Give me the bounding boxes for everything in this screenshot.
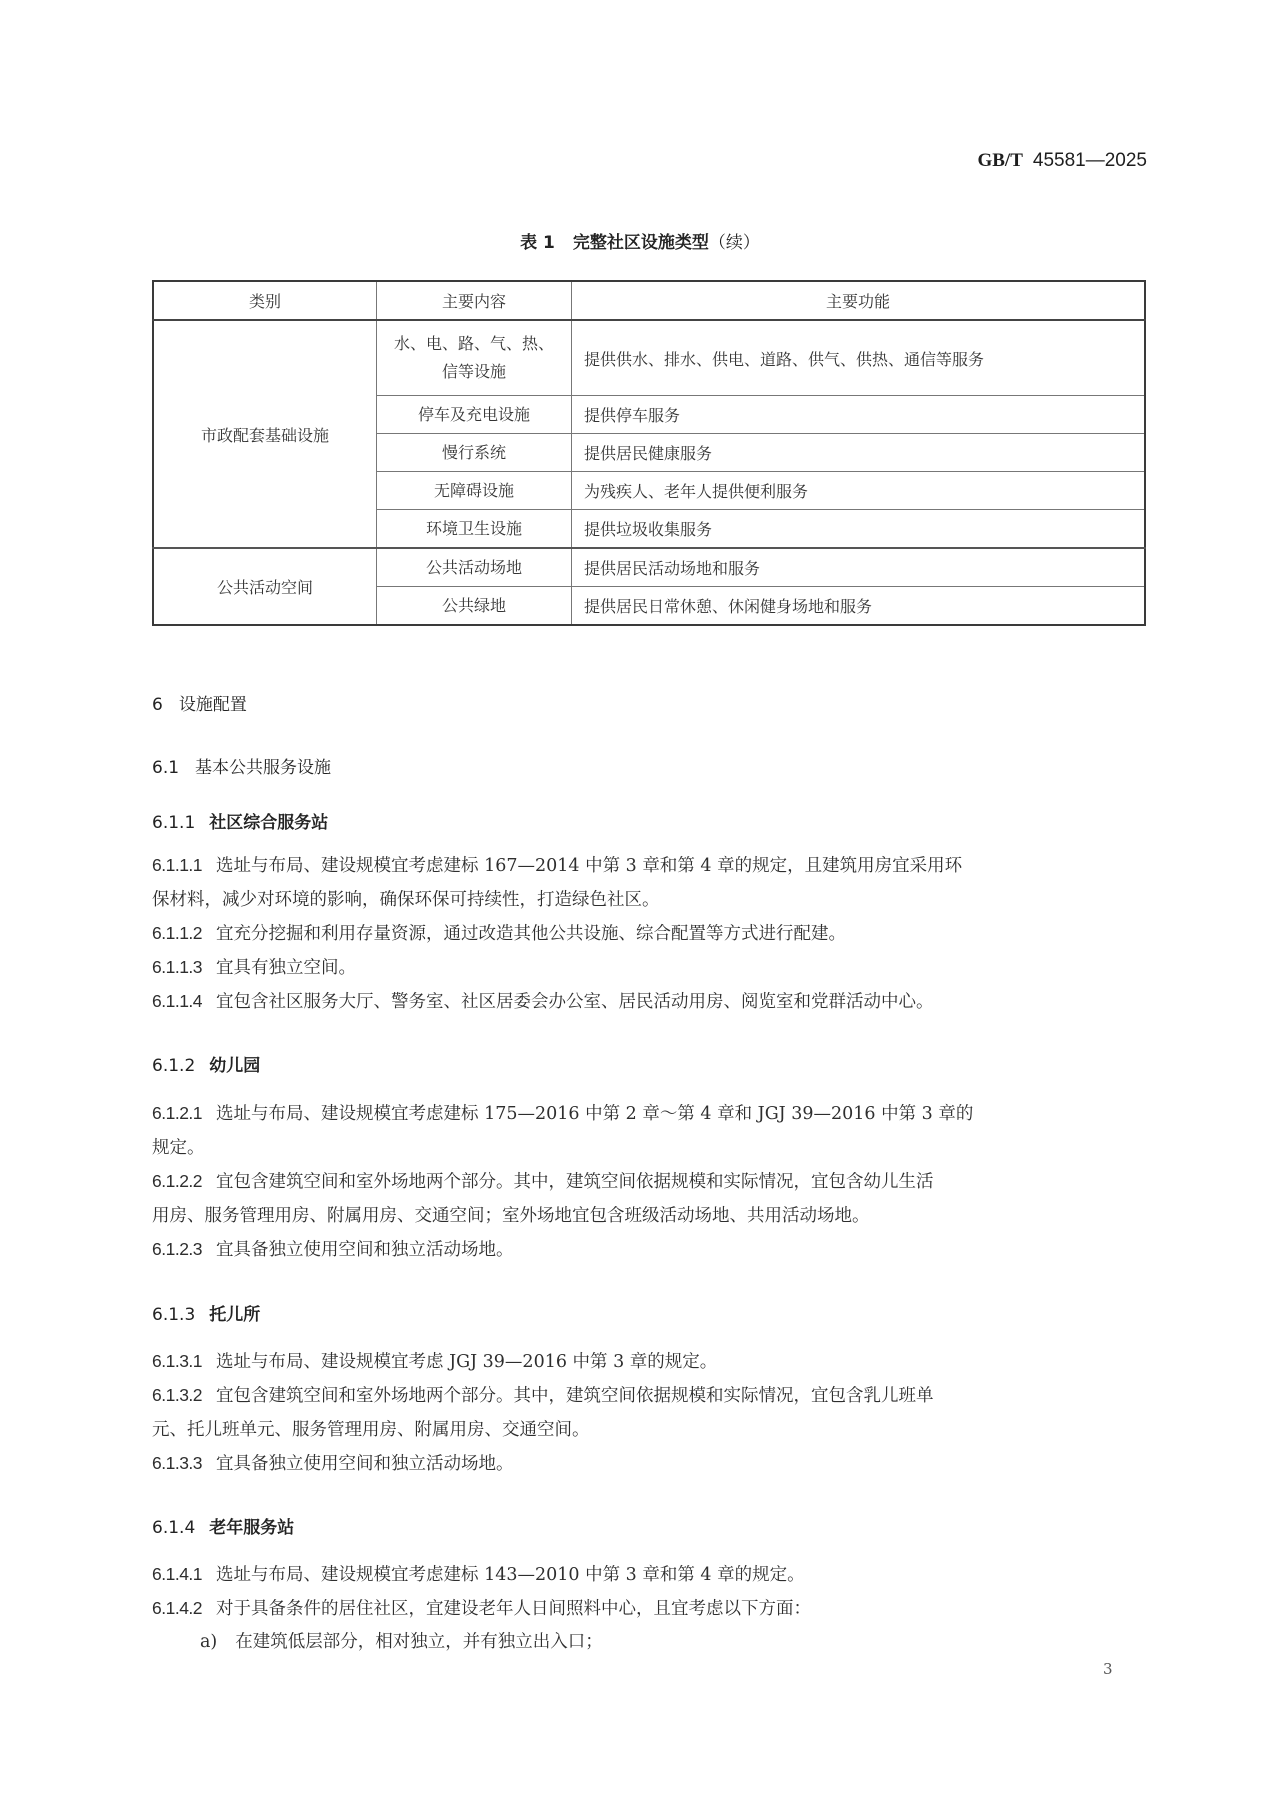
page-number: 3 <box>1103 1660 1113 1678</box>
clause-item: 6.1.1.1选址与布局、建设规模宜考虑建标 167—2014 中第 3 章和第… <box>152 848 1146 917</box>
table-caption-title: 完整社区设施类型 <box>573 233 709 253</box>
item-text: 宜包含建筑空间和室外场地两个部分。其中，建筑空间依据规模和实际情况，宜包含乳儿班… <box>216 1386 934 1406</box>
table-caption-suffix: （续） <box>709 233 760 253</box>
clause-item: 6.1.4.2对于具备条件的居住社区，宜建设老年人日间照料中心，且宜考虑以下方面… <box>152 1591 1146 1626</box>
category-cell: 市政配套基础设施 <box>153 320 377 548</box>
function-cell: 为残疾人、老年人提供便利服务 <box>572 472 1146 510</box>
item-text: 选址与布局、建设规模宜考虑建标 167—2014 中第 3 章和第 4 章的规定… <box>216 856 962 876</box>
clause-number: 6.1.4 <box>152 1518 195 1538</box>
clause-item: 6.1.4.1选址与布局、建设规模宜考虑建标 143—2010 中第 3 章和第… <box>152 1557 1146 1592</box>
subsection-title: 基本公共服务设施 <box>195 758 331 778</box>
item-text: 宜包含建筑空间和室外场地两个部分。其中，建筑空间依据规模和实际情况，宜包含幼儿生… <box>216 1172 934 1192</box>
item-text: 宜充分挖掘和利用存量资源，通过改造其他公共设施、综合配置等方式进行配建。 <box>216 924 846 944</box>
clause-heading-6-1-2: 6.1.2幼儿园 <box>152 1051 260 1076</box>
item-text: 对于具备条件的居住社区，宜建设老年人日间照料中心，且宜考虑以下方面： <box>216 1599 811 1619</box>
content-cell: 环境卫生设施 <box>377 510 572 549</box>
item-text-continued: 用房、服务管理用房、附属用房、交通空间；室外场地宜包含班级活动场地、共用活动场地… <box>152 1206 870 1226</box>
list-marker: a) <box>200 1632 217 1652</box>
clause-item: 6.1.3.3宜具备独立使用空间和独立活动场地。 <box>152 1446 1146 1481</box>
clause-item: 6.1.2.3宜具备独立使用空间和独立活动场地。 <box>152 1232 1146 1267</box>
clause-heading-6-1-4: 6.1.4老年服务站 <box>152 1513 294 1538</box>
item-text: 选址与布局、建设规模宜考虑建标 175—2016 中第 2 章～第 4 章和 J… <box>216 1104 973 1124</box>
content-cell: 公共绿地 <box>377 587 572 626</box>
standard-number: 45581—2025 <box>1033 150 1147 171</box>
item-number: 6.1.3.3 <box>152 1453 202 1473</box>
function-cell: 提供停车服务 <box>572 396 1146 434</box>
clause-item: 6.1.1.3宜具有独立空间。 <box>152 950 1146 985</box>
item-text: 选址与布局、建设规模宜考虑 JGJ 39—2016 中第 3 章的规定。 <box>216 1352 717 1372</box>
list-item: a)在建筑低层部分，相对独立，并有独立出入口； <box>200 1625 603 1659</box>
item-text: 选址与布局、建设规模宜考虑建标 143—2010 中第 3 章和第 4 章的规定… <box>216 1565 805 1585</box>
function-cell: 提供垃圾收集服务 <box>572 510 1146 549</box>
item-text: 宜具备独立使用空间和独立活动场地。 <box>216 1454 514 1474</box>
list-item-text: 在建筑低层部分，相对独立，并有独立出入口； <box>235 1632 603 1652</box>
clause-title: 社区综合服务站 <box>209 813 328 833</box>
section-title: 设施配置 <box>179 695 247 715</box>
column-header-content: 主要内容 <box>377 281 572 320</box>
standard-code: GB/T45581—2025 <box>977 150 1147 172</box>
subsection-number: 6.1 <box>152 758 179 778</box>
column-header-category: 类别 <box>153 281 377 320</box>
item-text: 宜包含社区服务大厅、警务室、社区居委会办公室、居民活动用房、阅览室和党群活动中心… <box>216 992 934 1012</box>
item-number: 6.1.3.1 <box>152 1351 202 1371</box>
clause-heading-6-1-3: 6.1.3托儿所 <box>152 1300 260 1325</box>
item-number: 6.1.2.1 <box>152 1103 202 1123</box>
content-cell: 水、电、路、气、热、信等设施 <box>377 320 572 396</box>
content-cell: 停车及充电设施 <box>377 396 572 434</box>
table-caption: 表 1完整社区设施类型（续） <box>0 228 1280 253</box>
item-text-continued: 保材料，减少对环境的影响，确保环保可持续性，打造绿色社区。 <box>152 890 660 910</box>
clause-item: 6.1.2.1选址与布局、建设规模宜考虑建标 175—2016 中第 2 章～第… <box>152 1096 1146 1165</box>
item-number: 6.1.1.4 <box>152 991 202 1011</box>
item-number: 6.1.1.3 <box>152 957 202 977</box>
item-text: 宜具有独立空间。 <box>216 958 356 978</box>
item-text-continued: 规定。 <box>152 1138 205 1158</box>
function-cell: 提供供水、排水、供电、道路、供气、供热、通信等服务 <box>572 320 1146 396</box>
clause-title: 幼儿园 <box>209 1056 260 1076</box>
content-cell: 慢行系统 <box>377 434 572 472</box>
facility-types-table: 类别 主要内容 主要功能 市政配套基础设施 水、电、路、气、热、信等设施 提供供… <box>152 280 1146 626</box>
item-text: 宜具备独立使用空间和独立活动场地。 <box>216 1240 514 1260</box>
item-number: 6.1.1.1 <box>152 855 202 875</box>
clause-item: 6.1.1.4宜包含社区服务大厅、警务室、社区居委会办公室、居民活动用房、阅览室… <box>152 984 1146 1019</box>
item-number: 6.1.1.2 <box>152 923 202 943</box>
clause-heading-6-1-1: 6.1.1社区综合服务站 <box>152 808 328 833</box>
subsection-heading: 6.1基本公共服务设施 <box>152 753 331 778</box>
section-number: 6 <box>152 695 163 715</box>
content-cell: 无障碍设施 <box>377 472 572 510</box>
item-text-continued: 元、托儿班单元、服务管理用房、附属用房、交通空间。 <box>152 1420 590 1440</box>
standard-prefix: GB/T <box>977 150 1022 171</box>
clause-title: 托儿所 <box>209 1305 260 1325</box>
table-row: 市政配套基础设施 水、电、路、气、热、信等设施 提供供水、排水、供电、道路、供气… <box>153 320 1145 396</box>
clause-number: 6.1.3 <box>152 1305 195 1325</box>
section-heading: 6设施配置 <box>152 690 247 715</box>
function-cell: 提供居民健康服务 <box>572 434 1146 472</box>
clause-title: 老年服务站 <box>209 1518 294 1538</box>
clause-item: 6.1.3.2宜包含建筑空间和室外场地两个部分。其中，建筑空间依据规模和实际情况… <box>152 1378 1146 1447</box>
table-caption-number: 表 1 <box>520 233 555 253</box>
clause-number: 6.1.2 <box>152 1056 195 1076</box>
content-cell: 公共活动场地 <box>377 548 572 587</box>
item-number: 6.1.2.3 <box>152 1239 202 1259</box>
table-header-row: 类别 主要内容 主要功能 <box>153 281 1145 320</box>
table-row: 公共活动空间 公共活动场地 提供居民活动场地和服务 <box>153 548 1145 587</box>
item-number: 6.1.3.2 <box>152 1385 202 1405</box>
item-number: 6.1.2.2 <box>152 1171 202 1191</box>
item-number: 6.1.4.1 <box>152 1564 202 1584</box>
clause-number: 6.1.1 <box>152 813 195 833</box>
clause-item: 6.1.1.2宜充分挖掘和利用存量资源，通过改造其他公共设施、综合配置等方式进行… <box>152 916 1146 951</box>
category-cell: 公共活动空间 <box>153 548 377 625</box>
item-number: 6.1.4.2 <box>152 1598 202 1618</box>
function-cell: 提供居民日常休憩、休闲健身场地和服务 <box>572 587 1146 626</box>
column-header-function: 主要功能 <box>572 281 1146 320</box>
clause-item: 6.1.2.2宜包含建筑空间和室外场地两个部分。其中，建筑空间依据规模和实际情况… <box>152 1164 1146 1233</box>
clause-item: 6.1.3.1选址与布局、建设规模宜考虑 JGJ 39—2016 中第 3 章的… <box>152 1344 1146 1379</box>
function-cell: 提供居民活动场地和服务 <box>572 548 1146 587</box>
